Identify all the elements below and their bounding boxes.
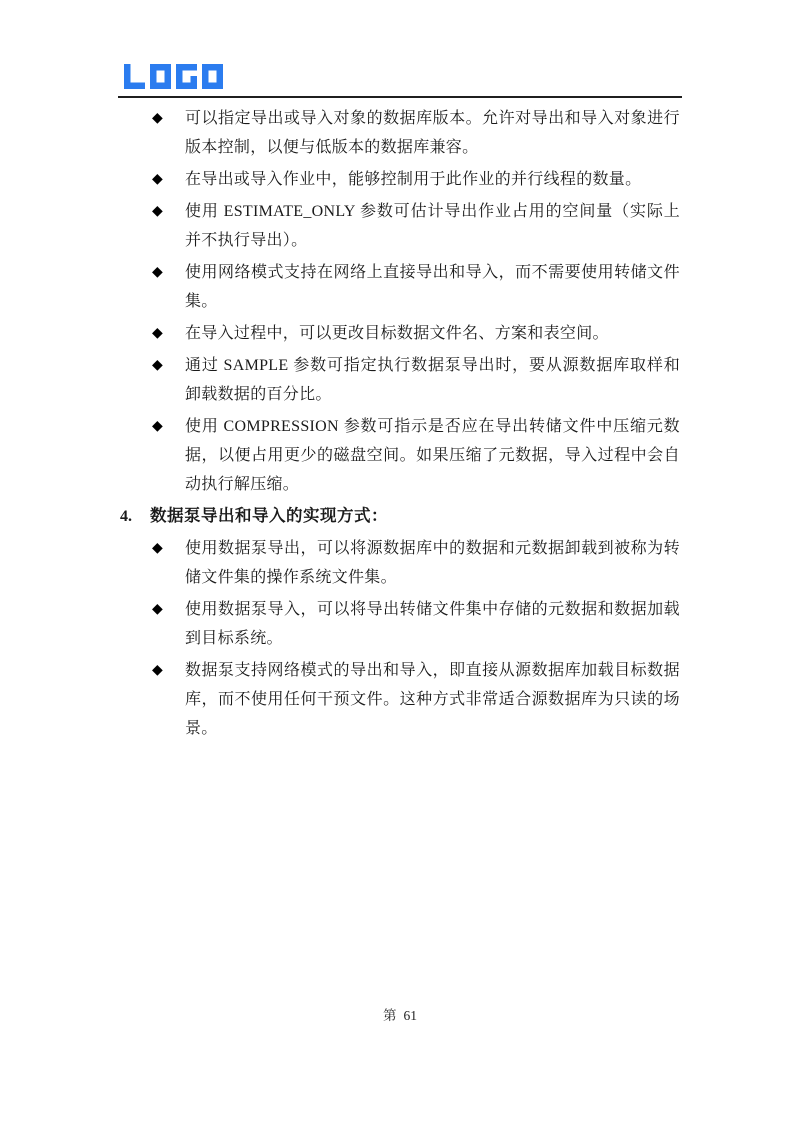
list-item-text: 可以指定导出或导入对象的数据库版本。允许对导出和导入对象进行版本控制，以便与低版…: [185, 104, 680, 162]
list-item-text: 使用 ESTIMATE_ONLY 参数可估计导出作业占用的空间量（实际上并不执行…: [185, 197, 680, 255]
logo-letter-l: [124, 64, 145, 89]
diamond-bullet-icon: ◆: [152, 104, 185, 162]
list-item-text: 使用数据泵导出，可以将源数据库中的数据和元数据卸载到被称为转储文件集的操作系统文…: [185, 534, 680, 592]
document-page: ◆ 可以指定导出或导入对象的数据库版本。允许对导出和导入对象进行版本控制，以便与…: [0, 0, 800, 1132]
list-item: ◆ 在导入过程中，可以更改目标数据文件名、方案和表空间。: [152, 319, 680, 348]
numbered-heading: 4. 数据泵导出和导入的实现方式：: [120, 502, 680, 531]
list-item-text: 通过 SAMPLE 参数可指定执行数据泵导出时，要从源数据库取样和卸载数据的百分…: [185, 351, 680, 409]
list-item-text: 数据泵支持网络模式的导出和导入，即直接从源数据库加载目标数据库，而不使用任何干预…: [185, 656, 680, 743]
diamond-bullet-icon: ◆: [152, 595, 185, 653]
diamond-bullet-icon: ◆: [152, 197, 185, 255]
list-item: ◆ 数据泵支持网络模式的导出和导入，即直接从源数据库加载目标数据库，而不使用任何…: [152, 656, 680, 743]
page-number-prefix: 第: [383, 1008, 397, 1023]
logo-letter-g: [176, 64, 197, 89]
diamond-bullet-icon: ◆: [152, 351, 185, 409]
diamond-bullet-icon: ◆: [152, 165, 185, 194]
list-item: ◆ 使用 COMPRESSION 参数可指示是否应在导出转储文件中压缩元数据，以…: [152, 412, 680, 499]
list-item: ◆ 可以指定导出或导入对象的数据库版本。允许对导出和导入对象进行版本控制，以便与…: [152, 104, 680, 162]
list-item-text: 在导出或导入作业中，能够控制用于此作业的并行线程的数量。: [185, 165, 680, 194]
list-item: ◆ 通过 SAMPLE 参数可指定执行数据泵导出时，要从源数据库取样和卸载数据的…: [152, 351, 680, 409]
logo-icon: [124, 64, 224, 89]
logo-letter-o2: [202, 64, 223, 89]
list-item-text: 在导入过程中，可以更改目标数据文件名、方案和表空间。: [185, 319, 680, 348]
list-item: ◆ 使用数据泵导入，可以将导出转储文件集中存储的元数据和数据加载到目标系统。: [152, 595, 680, 653]
page-number: 61: [404, 1008, 418, 1023]
list-item-text: 使用数据泵导入，可以将导出转储文件集中存储的元数据和数据加载到目标系统。: [185, 595, 680, 653]
heading-text: 数据泵导出和导入的实现方式：: [150, 502, 680, 531]
diamond-bullet-icon: ◆: [152, 412, 185, 499]
document-body: ◆ 可以指定导出或导入对象的数据库版本。允许对导出和导入对象进行版本控制，以便与…: [152, 104, 680, 746]
list-item: ◆ 使用 ESTIMATE_ONLY 参数可估计导出作业占用的空间量（实际上并不…: [152, 197, 680, 255]
diamond-bullet-icon: ◆: [152, 258, 185, 316]
page-footer: 第61: [0, 1004, 800, 1024]
header-divider: [118, 96, 682, 98]
heading-number: 4.: [120, 502, 150, 531]
diamond-bullet-icon: ◆: [152, 656, 185, 743]
list-item: ◆ 在导出或导入作业中，能够控制用于此作业的并行线程的数量。: [152, 165, 680, 194]
list-item: ◆ 使用网络模式支持在网络上直接导出和导入，而不需要使用转储文件集。: [152, 258, 680, 316]
company-logo: [124, 64, 224, 89]
diamond-bullet-icon: ◆: [152, 319, 185, 348]
list-item: ◆ 使用数据泵导出，可以将源数据库中的数据和元数据卸载到被称为转储文件集的操作系…: [152, 534, 680, 592]
list-item-text: 使用 COMPRESSION 参数可指示是否应在导出转储文件中压缩元数据，以便占…: [185, 412, 680, 499]
logo-letter-o1: [150, 64, 171, 89]
list-item-text: 使用网络模式支持在网络上直接导出和导入，而不需要使用转储文件集。: [185, 258, 680, 316]
diamond-bullet-icon: ◆: [152, 534, 185, 592]
